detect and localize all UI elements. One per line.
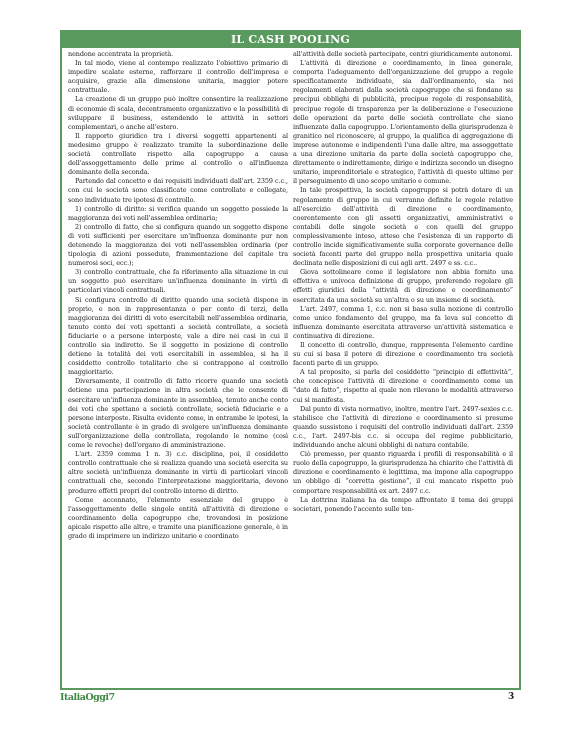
paragraph: Giova sottolineare come il legislatore n… (293, 268, 513, 304)
section-title: IL CASH POOLING (62, 32, 519, 48)
paragraph: L'art. 2497, comma 1, c.c. non si basa s… (293, 305, 513, 341)
left-column: nendone accentrata la proprietà. In tal … (68, 50, 288, 686)
paragraph: Il concetto di controllo, dunque, rappre… (293, 341, 513, 368)
paragraph: In tale prospettiva, la società capogrup… (293, 186, 513, 268)
paragraph: Dal punto di vista normativo, inoltre, m… (293, 405, 513, 450)
article-frame: IL CASH POOLING nendone accentrata la pr… (60, 30, 521, 690)
paragraph: Si configura controllo di diritto quando… (68, 296, 288, 378)
paragraph: La dottrina italiana ha da tempo affront… (293, 496, 513, 514)
paragraph: L'art. 2359 comma 1 n. 3) c.c. disciplin… (68, 450, 288, 495)
paragraph: 3) controllo contrattuale, che fa riferi… (68, 268, 288, 295)
right-column: all'attività delle società partecipate, … (293, 50, 513, 686)
paragraph: Il rapporto giuridico tra i diversi sogg… (68, 132, 288, 177)
paragraph: Come accennato, l'elemento essenziale de… (68, 496, 288, 541)
article-body: nendone accentrata la proprietà. In tal … (68, 50, 513, 686)
paragraph: Diversamente, il controllo di fatto rico… (68, 377, 288, 450)
paragraph: La creazione di un gruppo può inoltre co… (68, 95, 288, 131)
paragraph: L'attività di direzione e coordinamento,… (293, 59, 513, 186)
paragraph: nendone accentrata la proprietà. (68, 50, 288, 59)
publication-logo: ItaliaOggi7 (60, 692, 115, 703)
paragraph: Ciò premesso, per quanto riguarda i prof… (293, 450, 513, 495)
paragraph: 1) controllo di diritto: si verifica qua… (68, 205, 288, 223)
paragraph: A tal proposito, si parla del cosiddetto… (293, 368, 513, 404)
paragraph: all'attività delle società partecipate, … (293, 50, 513, 59)
paragraph: In tal modo, viene al contempo realizzat… (68, 59, 288, 95)
page-number: 3 (508, 692, 514, 702)
paragraph: Partendo dal concetto e dai requisiti in… (68, 177, 288, 204)
paragraph: 2) controllo di fatto, che si configura … (68, 223, 288, 268)
